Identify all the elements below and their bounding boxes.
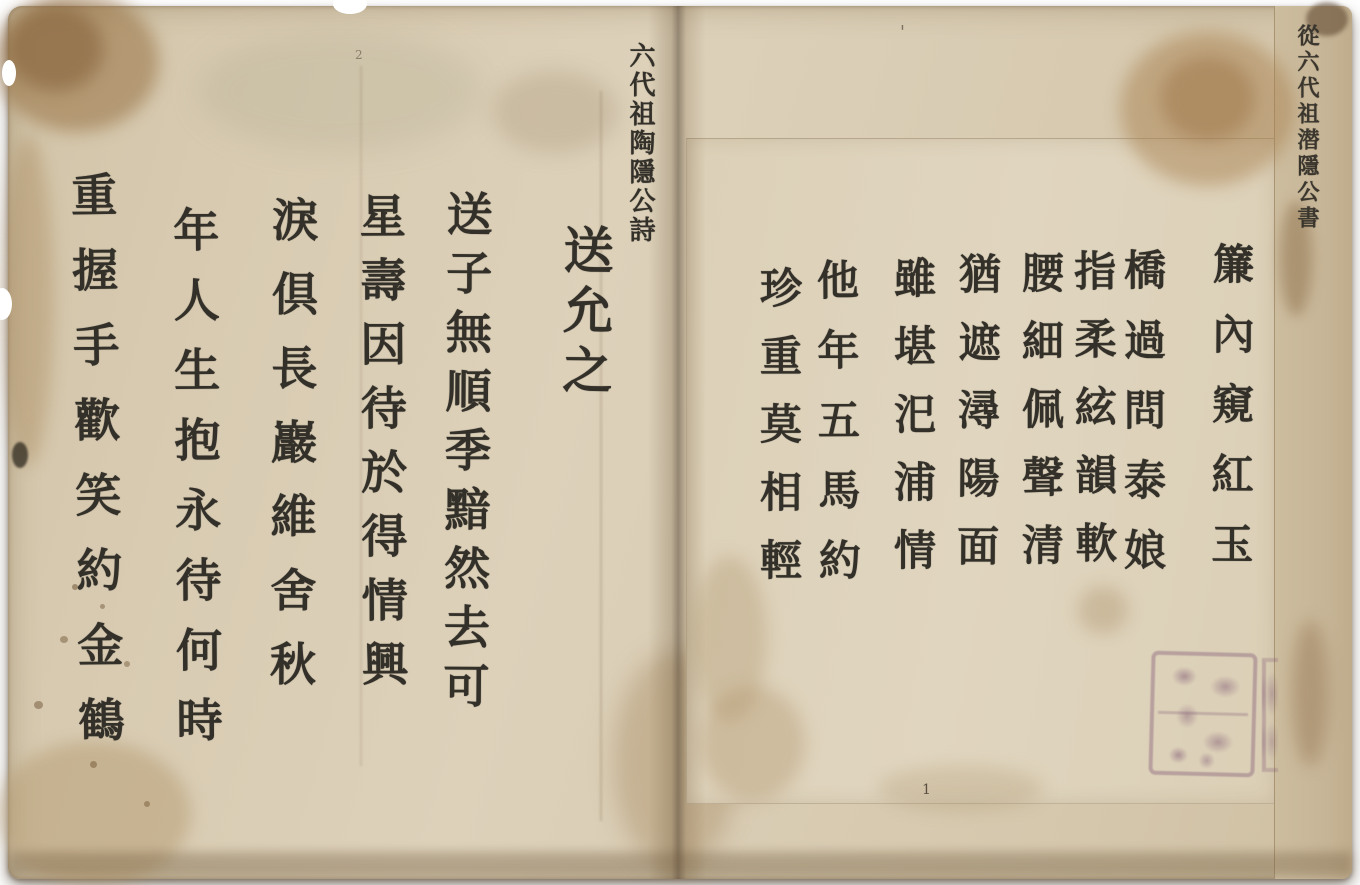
edge-notch xyxy=(2,60,16,86)
seal-divider-line xyxy=(1158,710,1248,715)
stain xyxy=(8,6,103,91)
poem-column: 指柔絃韻軟 xyxy=(1062,249,1124,589)
stain xyxy=(1160,56,1255,141)
poem-column: 星壽因待於得情興 xyxy=(347,192,416,704)
poem-column: 他年五馬約 xyxy=(805,258,867,608)
stain xyxy=(1292,621,1328,766)
collector-seal-impression xyxy=(1148,651,1257,778)
left-page-corner-mark: 2 xyxy=(355,48,363,62)
partial-seal-impression xyxy=(1262,658,1278,772)
poem-title: 送允之 xyxy=(547,224,621,405)
left-page-header-title: 六代祖陶隱公詩 xyxy=(622,42,659,245)
poem-column: 腰細佩聲清 xyxy=(1010,251,1070,591)
photo-background: 六代祖陶隱公詩 送允之 送子無順季黯然去可 星壽因待於得情興 淚倶長巖維舍秋 年… xyxy=(0,0,1360,885)
poem-column: 雖堪汜浦情 xyxy=(882,256,942,596)
cover-edge-label: 從六代祖潜隱公書 xyxy=(1292,24,1323,232)
stain xyxy=(700,686,805,801)
stain xyxy=(198,31,483,151)
poem-column: 送子無順季黯然去可 xyxy=(430,190,500,721)
poem-column: 淚倶長巖維舍秋 xyxy=(257,196,326,714)
speckle xyxy=(144,801,150,807)
manuscript-book: 六代祖陶隱公詩 送允之 送子無順季黯然去可 星壽因待於得情興 淚倶長巖維舍秋 年… xyxy=(8,6,1352,879)
stain xyxy=(8,852,1352,876)
poem-column: 珍重莫相輕 xyxy=(748,266,808,606)
ink-blotch xyxy=(12,442,28,468)
paper-crease xyxy=(600,91,602,821)
speckle xyxy=(34,701,43,709)
poem-column: 簾內窺紅玉 xyxy=(1199,242,1261,592)
poem-column: 重握手歡笑約金鶴 xyxy=(58,171,132,772)
right-page-top-mark: ' xyxy=(900,22,905,43)
page-number: 1 xyxy=(922,782,931,798)
stain xyxy=(878,766,1043,811)
poem-column: 年人生抱永待何時 xyxy=(160,206,230,766)
poem-column: 猶遮潯陽面 xyxy=(945,252,1007,592)
